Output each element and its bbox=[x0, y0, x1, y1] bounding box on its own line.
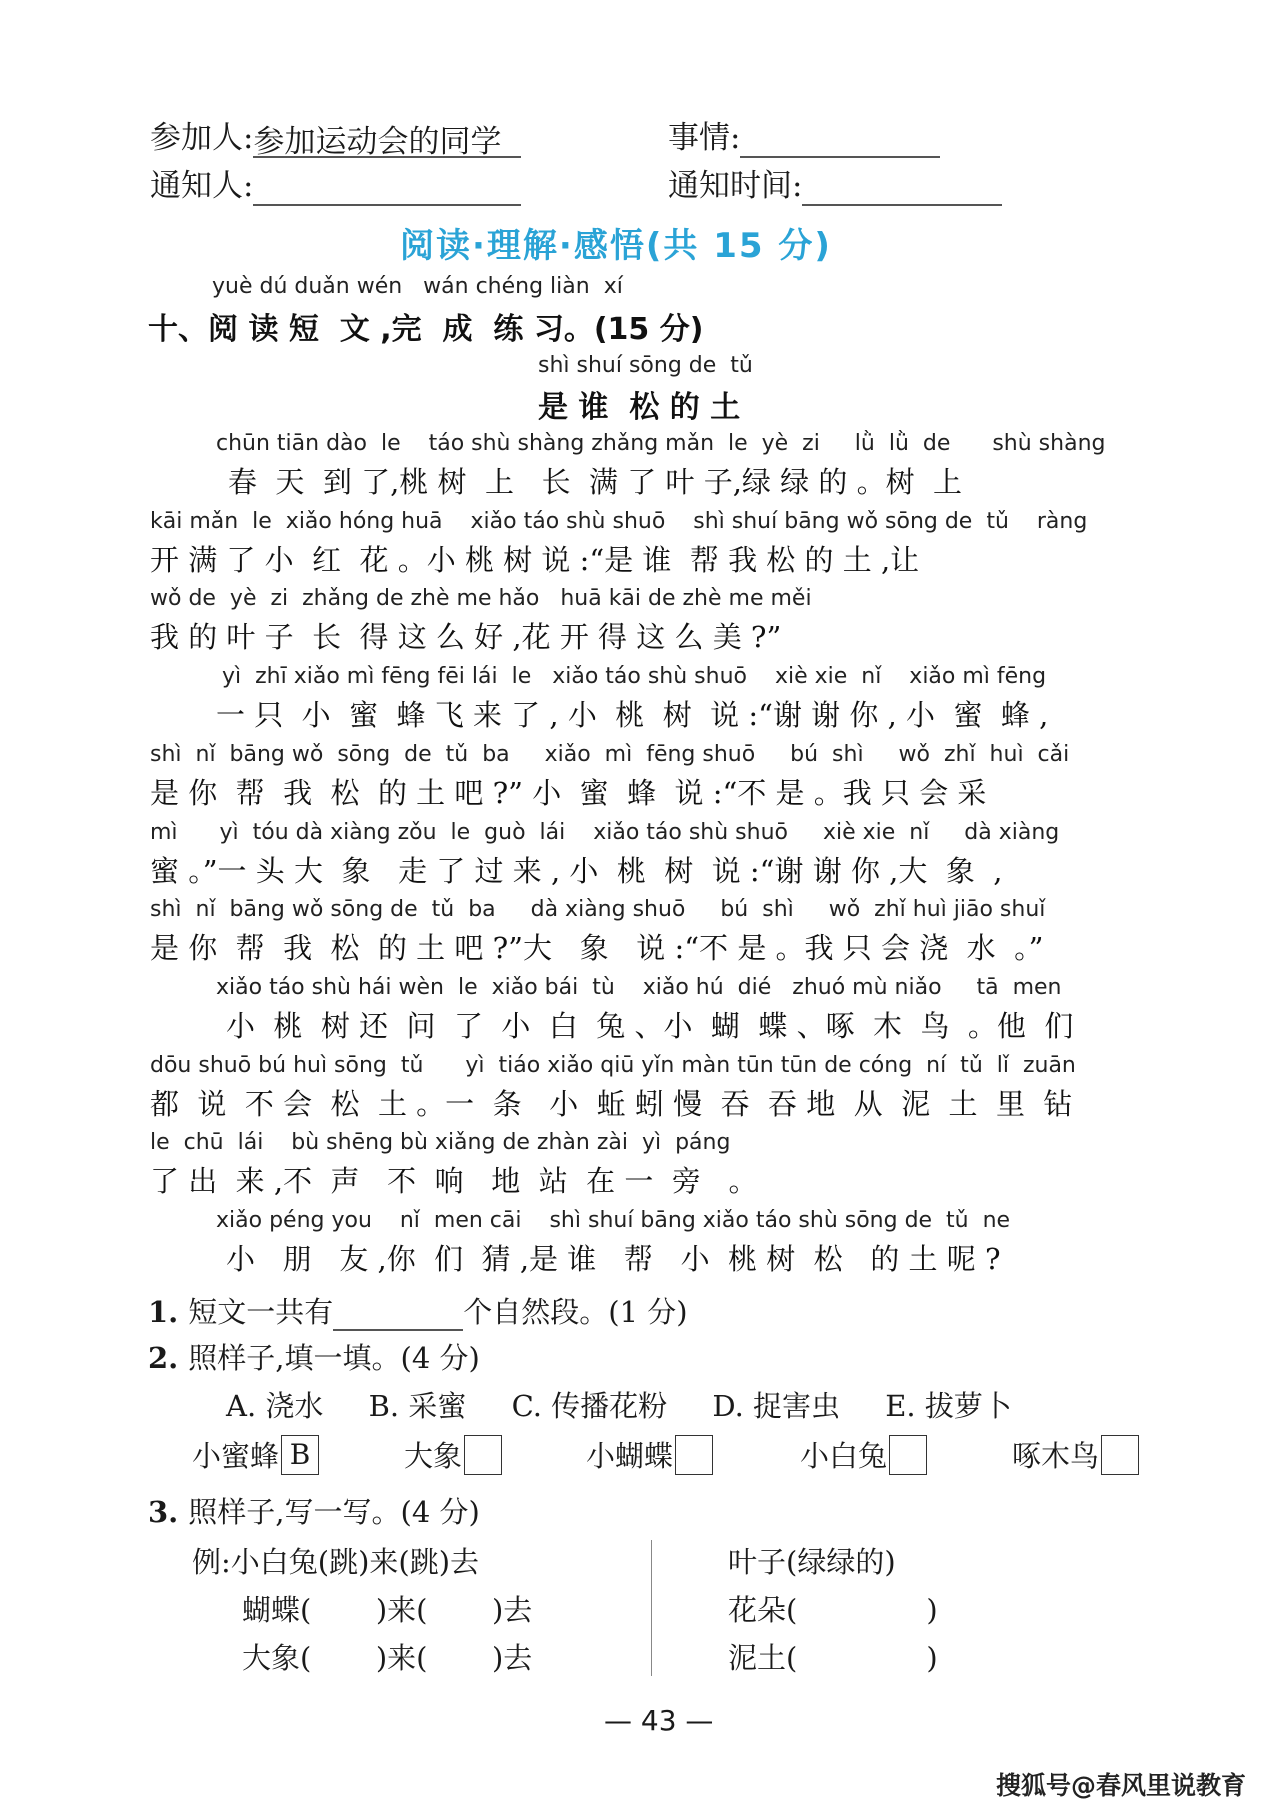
fill-item-flower[interactable]: 花朵( ) bbox=[728, 1588, 938, 1629]
question-number: 1. bbox=[148, 1295, 178, 1329]
question-number: 3. bbox=[148, 1495, 178, 1529]
question-number: 2. bbox=[148, 1341, 178, 1375]
watermark: 搜狐号@春风里说教育 bbox=[996, 1766, 1246, 1802]
notifier-field: 通知人: bbox=[150, 166, 521, 206]
story-line-text: 是 你 帮 我 松 的 土 吧 ?”大 象 说 :“不 是 。我 只 会 浇 水… bbox=[150, 926, 1043, 967]
matter-field: 事情: bbox=[668, 118, 940, 158]
story-line-text: 我 的 叶 子 长 得 这 么 好 ,花 开 得 这 么 美 ?” bbox=[150, 615, 781, 656]
story-line-pinyin: xiǎo táo shù hái wèn le xiǎo bái tù xiǎo… bbox=[216, 975, 1062, 1000]
option-e: E. 拔萝卜 bbox=[885, 1389, 1012, 1423]
question-text: 照样子,写一写。(4 分) bbox=[188, 1495, 480, 1529]
participants-label: 参加人: bbox=[150, 120, 253, 156]
answer-box[interactable] bbox=[889, 1435, 927, 1475]
animal-item-rabbit: 小白兔 bbox=[800, 1434, 927, 1475]
story-line-pinyin: dōu shuō bú huì sōng tǔ yì tiáo xiǎo qiū… bbox=[150, 1053, 1076, 1078]
question-2: 2.照样子,填一填。(4 分) bbox=[148, 1336, 480, 1377]
example-left: 例:小白兔(跳)来(跳)去 bbox=[192, 1540, 479, 1581]
story-line-text: 小 桃 树 还 问 了 小 白 兔 、小 蝴 蝶 、啄 木 鸟 。他 们 bbox=[226, 1004, 1073, 1045]
story-line-text: 都 说 不 会 松 土 。一 条 小 蚯 蚓 慢 吞 吞 地 从 泥 土 里 钻 bbox=[150, 1082, 1072, 1123]
page-number: — 43 — bbox=[604, 1704, 713, 1737]
story-line-pinyin: mì yì tóu dà xiàng zǒu le guò lái xiǎo t… bbox=[150, 820, 1059, 845]
animal-item-butterfly: 小蝴蝶 bbox=[586, 1434, 713, 1475]
notifier-label: 通知人: bbox=[150, 168, 253, 204]
story-line-text: 一 只 小 蜜 蜂 飞 来 了 , 小 桃 树 说 :“谢 谢 你 , 小 蜜 … bbox=[216, 693, 1048, 734]
story-title: 是 谁 松 的 土 bbox=[538, 382, 740, 426]
story-line-text: 了 出 来 ,不 声 不 响 地 站 在 一 旁 。 bbox=[150, 1159, 757, 1200]
story-line-text: 蜜 。”一 头 大 象 走 了 过 来 , 小 桃 树 说 :“谢 谢 你 ,大… bbox=[150, 849, 1002, 890]
question10-heading: 十、阅 读 短 文 ,完 成 练 习。(15 分) bbox=[148, 304, 703, 348]
animal-name: 小蝴蝶 bbox=[586, 1434, 673, 1475]
paragraph-count-blank[interactable] bbox=[333, 1301, 463, 1331]
option-d: D. 捉害虫 bbox=[712, 1389, 840, 1423]
answer-box[interactable] bbox=[1101, 1435, 1139, 1475]
option-b: B. 采蜜 bbox=[369, 1389, 467, 1423]
animal-item-bee: 小蜜蜂B bbox=[192, 1434, 319, 1475]
question-text: 照样子,填一填。(4 分) bbox=[188, 1341, 480, 1375]
answer-box[interactable]: B bbox=[281, 1435, 319, 1475]
answer-box[interactable] bbox=[675, 1435, 713, 1475]
fill-item-elephant[interactable]: 大象( )来( )去 bbox=[242, 1636, 532, 1677]
animal-name: 大象 bbox=[404, 1434, 462, 1475]
fill-item-soil[interactable]: 泥土( ) bbox=[728, 1636, 938, 1677]
option-a: A. 浇水 bbox=[226, 1389, 323, 1423]
question-text: 个自然段。(1 分) bbox=[463, 1295, 687, 1329]
animal-item-elephant: 大象 bbox=[404, 1434, 502, 1475]
option-c: C. 传播花粉 bbox=[512, 1389, 668, 1423]
story-line-pinyin: shì nǐ bāng wǒ sōng de tǔ ba xiǎo mì fēn… bbox=[150, 742, 1069, 767]
animal-name: 小白兔 bbox=[800, 1434, 887, 1475]
story-line-pinyin: yì zhī xiǎo mì fēng fēi lái le xiǎo táo … bbox=[222, 664, 1046, 689]
question-3: 3.照样子,写一写。(4 分) bbox=[148, 1490, 480, 1531]
story-line-text: 是 你 帮 我 松 的 土 吧 ?” 小 蜜 蜂 说 :“不 是 。我 只 会 … bbox=[150, 771, 986, 812]
story-line-pinyin: le chū lái bù shēng bù xiǎng de zhàn zài… bbox=[150, 1130, 730, 1155]
answer-box[interactable] bbox=[464, 1435, 502, 1475]
story-line-pinyin: chūn tiān dào le táo shù shàng zhǎng mǎn… bbox=[216, 431, 1105, 456]
animal-name: 小蜜蜂 bbox=[192, 1434, 279, 1475]
example-right: 叶子(绿绿的) bbox=[728, 1540, 896, 1581]
animal-item-woodpecker: 啄木鸟 bbox=[1012, 1434, 1139, 1475]
section-title: 阅读·理解·感悟(共 15 分) bbox=[400, 218, 832, 267]
notice-time-blank[interactable] bbox=[802, 170, 1002, 206]
story-line-text: 春 天 到 了,桃 树 上 长 满 了 叶 子,绿 绿 的 。树 上 bbox=[228, 460, 962, 501]
participants-field: 参加人:参加运动会的同学 bbox=[150, 118, 521, 158]
story-title-pinyin: shì shuí sōng de tǔ bbox=[538, 353, 753, 378]
notice-time-label: 通知时间: bbox=[668, 168, 802, 204]
story-line-pinyin: shì nǐ bāng wǒ sōng de tǔ ba dà xiàng sh… bbox=[150, 897, 1045, 922]
story-line-text: 开 满 了 小 红 花 。小 桃 树 说 :“是 谁 帮 我 松 的 土 ,让 bbox=[150, 538, 919, 579]
matter-blank[interactable] bbox=[740, 122, 940, 158]
question10-pinyin: yuè dú duǎn wén wán chéng liàn xí bbox=[212, 274, 623, 299]
participants-value[interactable]: 参加运动会的同学 bbox=[253, 122, 521, 158]
story-line-text: 小 朋 友 ,你 们 猜 ,是 谁 帮 小 桃 树 松 的 土 呢 ? bbox=[226, 1237, 1001, 1278]
notifier-blank[interactable] bbox=[253, 170, 521, 206]
question-1: 1.短文一共有个自然段。(1 分) bbox=[148, 1290, 688, 1331]
animal-name: 啄木鸟 bbox=[1012, 1434, 1099, 1475]
question-text: 短文一共有 bbox=[188, 1295, 333, 1329]
options-list: A. 浇水 B. 采蜜 C. 传播花粉 D. 捉害虫 E. 拔萝卜 bbox=[226, 1384, 1048, 1425]
story-line-pinyin: kāi mǎn le xiǎo hóng huā xiǎo táo shù sh… bbox=[150, 509, 1087, 534]
fill-item-butterfly[interactable]: 蝴蝶( )来( )去 bbox=[242, 1588, 532, 1629]
story-line-pinyin: xiǎo péng you nǐ men cāi shì shuí bāng x… bbox=[216, 1208, 1010, 1233]
matter-label: 事情: bbox=[668, 120, 740, 156]
notice-time-field: 通知时间: bbox=[668, 166, 1002, 206]
column-divider bbox=[651, 1540, 652, 1676]
story-line-pinyin: wǒ de yè zi zhǎng de zhè me hǎo huā kāi … bbox=[150, 586, 812, 611]
